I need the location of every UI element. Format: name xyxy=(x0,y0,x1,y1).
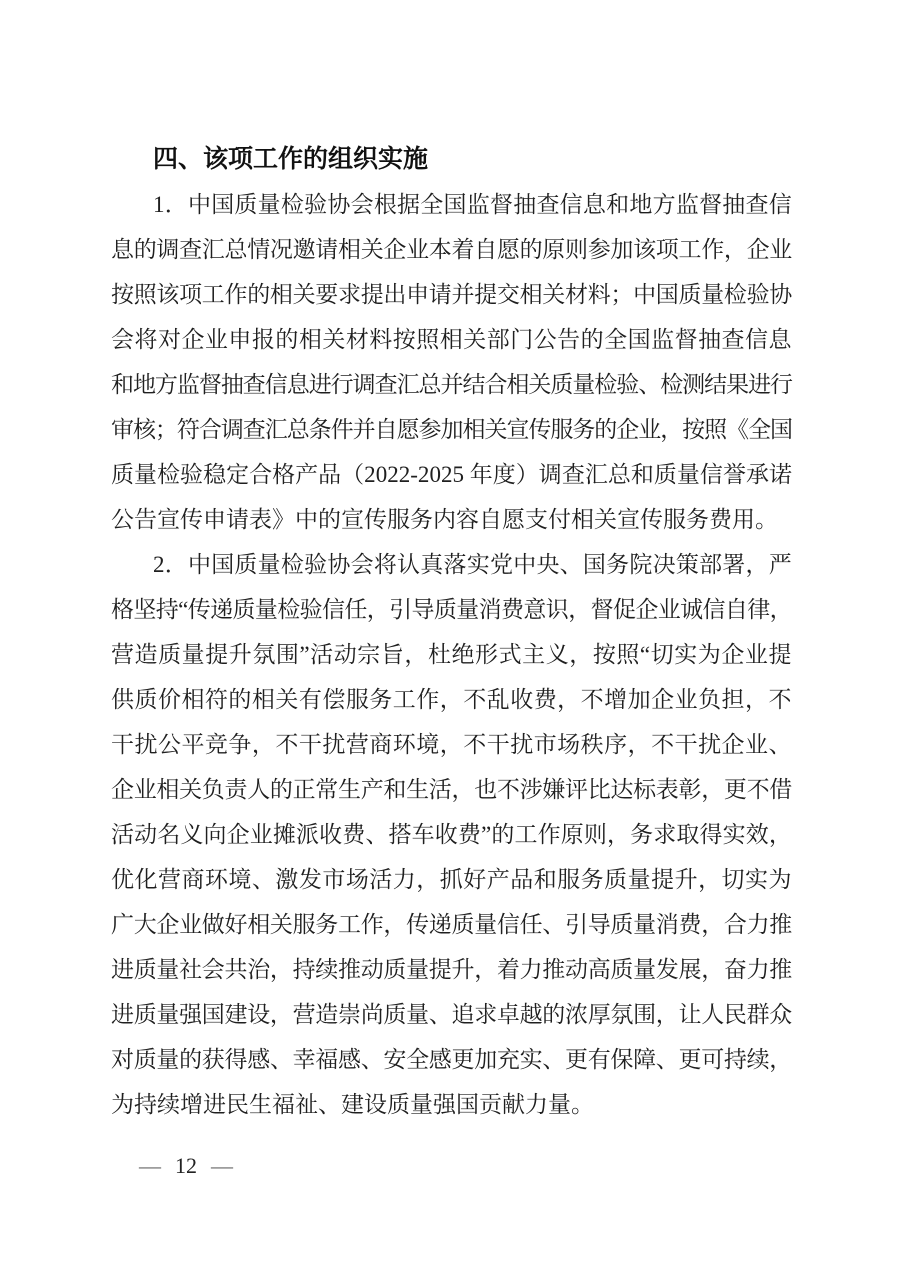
text-line: 质量检验稳定合格产品（2022-2025 年度）调查汇总和质量信誉承诺 xyxy=(111,452,792,497)
text-line: 审核；符合调查汇总条件并自愿参加相关宣传服务的企业，按照《全国 xyxy=(111,407,792,452)
document-page: 四、该项工作的组织实施 1．中国质量检验协会根据全国监督抽查信息和地方监督抽查信… xyxy=(0,0,900,1273)
text-line: 干扰公平竞争，不干扰营商环境，不干扰市场秩序，不干扰企业、 xyxy=(111,722,792,767)
text-line: 进质量社会共治，持续推动质量提升，着力推动高质量发展，奋力推 xyxy=(111,947,792,992)
text-line: 为持续增进民生福祉、建设质量强国贡献力量。 xyxy=(111,1082,792,1127)
text-line: 息的调查汇总情况邀请相关企业本着自愿的原则参加该项工作，企业 xyxy=(111,227,792,272)
text-line: 格坚持“传递质量检验信任，引导质量消费意识，督促企业诚信自律， xyxy=(111,587,792,632)
section-heading: 四、该项工作的组织实施 xyxy=(111,137,792,182)
text-line: 进质量强国建设，营造崇尚质量、追求卓越的浓厚氛围，让人民群众 xyxy=(111,992,792,1037)
text-line: 1．中国质量检验协会根据全国监督抽查信息和地方监督抽查信 xyxy=(111,182,792,227)
text-line: 按照该项工作的相关要求提出申请并提交相关材料；中国质量检验协 xyxy=(111,272,792,317)
text-line: 会将对企业申报的相关材料按照相关部门公告的全国监督抽查信息 xyxy=(111,317,792,362)
page-footer: —12— xyxy=(139,1143,233,1188)
text-line: 2．中国质量检验协会将认真落实党中央、国务院决策部署，严 xyxy=(111,542,792,587)
paragraph-1: 1．中国质量检验协会根据全国监督抽查信息和地方监督抽查信息的调查汇总情况邀请相关… xyxy=(111,182,792,542)
text-line: 营造质量提升氛围”活动宗旨，杜绝形式主义，按照“切实为企业提 xyxy=(111,632,792,677)
paragraph-2: 2．中国质量检验协会将认真落实党中央、国务院决策部署，严格坚持“传递质量检验信任… xyxy=(111,542,792,1127)
text-line: 和地方监督抽查信息进行调查汇总并结合相关质量检验、检测结果进行 xyxy=(111,362,792,407)
text-line: 对质量的获得感、幸福感、安全感更加充实、更有保障、更可持续， xyxy=(111,1037,792,1082)
footer-dash-right: — xyxy=(211,1153,233,1178)
text-line: 活动名义向企业摊派收费、搭车收费”的工作原则，务求取得实效， xyxy=(111,812,792,857)
document-content: 四、该项工作的组织实施 1．中国质量检验协会根据全国监督抽查信息和地方监督抽查信… xyxy=(111,137,792,1127)
page-number: 12 xyxy=(175,1153,197,1178)
text-line: 公告宣传申请表》中的宣传服务内容自愿支付相关宣传服务费用。 xyxy=(111,497,792,542)
text-line: 供质价相符的相关有偿服务工作，不乱收费，不增加企业负担，不 xyxy=(111,677,792,722)
text-line: 广大企业做好相关服务工作，传递质量信任、引导质量消费，合力推 xyxy=(111,902,792,947)
text-line: 优化营商环境、激发市场活力，抓好产品和服务质量提升，切实为 xyxy=(111,857,792,902)
text-line: 企业相关负责人的正常生产和生活，也不涉嫌评比达标表彰，更不借 xyxy=(111,767,792,812)
footer-dash-left: — xyxy=(139,1153,161,1178)
